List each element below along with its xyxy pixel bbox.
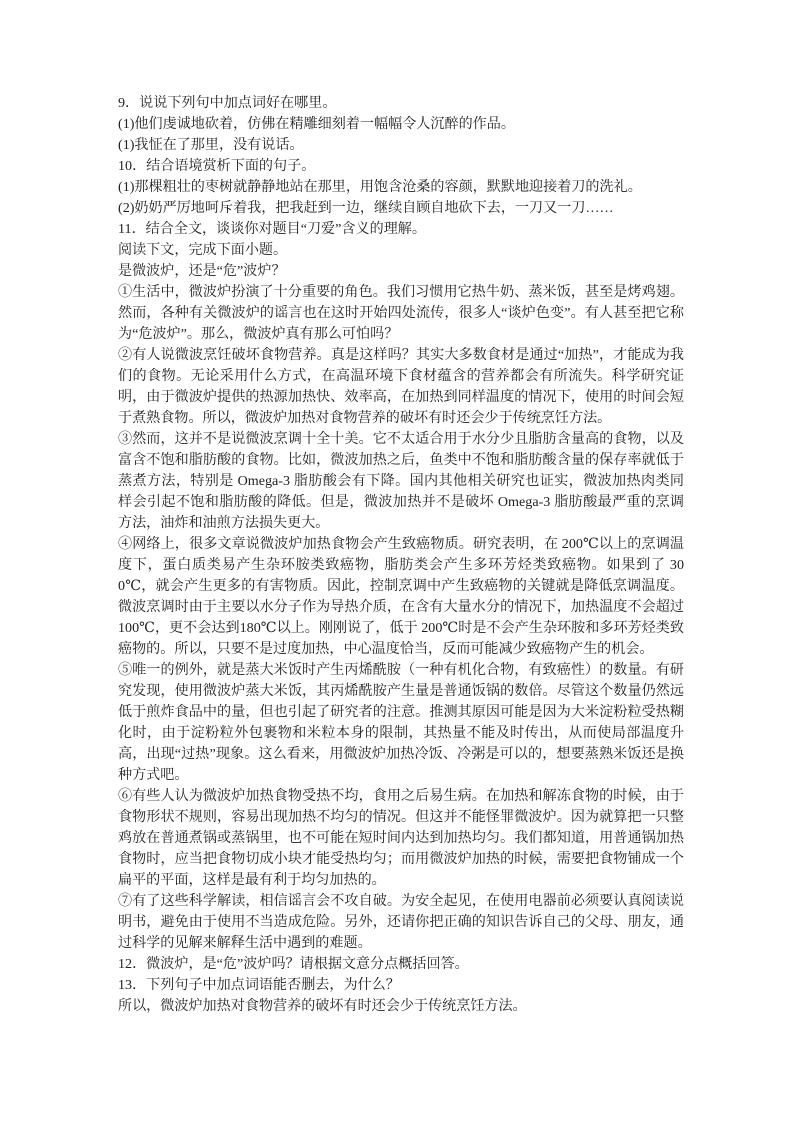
paragraph: (1)他们虔诚地砍着，仿佛在精雕细刻着一幅幅令人沉醉的作品。 [118,114,684,135]
paragraph: (1)我怔在了那里，没有说话。 [118,135,684,156]
paragraph: ④网络上，很多文章说微波炉加热食物会产生致癌物质。研究表明，在 200℃以上的烹… [118,534,684,660]
paragraph: 12．微波炉，是“危”波炉吗？请根据文意分点概括回答。 [118,954,684,975]
paragraph: (2)奶奶严厉地呵斥着我，把我赶到一边，继续自顾自地砍下去，一刀又一刀…… [118,198,684,219]
document-body: 9．说说下列句中加点词好在哪里。(1)他们虔诚地砍着，仿佛在精雕细刻着一幅幅令人… [118,93,684,1017]
paragraph: ②有人说微波烹饪破坏食物营养。真是这样吗？其实大多数食材是通过“加热”，才能成为… [118,345,684,429]
paragraph: ⑤唯一的例外，就是蒸大米饭时产生丙烯酰胺（一种有机化合物，有致癌性）的数量。有研… [118,660,684,786]
paragraph: 所以，微波炉加热对食物营养的破坏有时还会少于传统烹饪方法。 [118,996,684,1017]
paragraph: ③然而，这并不是说微波烹调十全十美。它不太适合用于水分少且脂肪含量高的食物，以及… [118,429,684,534]
document-page: 9．说说下列句中加点词好在哪里。(1)他们虔诚地砍着，仿佛在精雕细刻着一幅幅令人… [0,0,793,1122]
paragraph: 13．下列句子中加点词语能否删去，为什么？ [118,975,684,996]
paragraph: 10．结合语境赏析下面的句子。 [118,156,684,177]
paragraph: ⑥有些人认为微波炉加热食物受热不均，食用之后易生病。在加热和解冻食物的时候，由于… [118,786,684,891]
paragraph: 9．说说下列句中加点词好在哪里。 [118,93,684,114]
paragraph: 阅读下文，完成下面小题。 [118,240,684,261]
paragraph: 是微波炉，还是“危”波炉？ [118,261,684,282]
paragraph: ⑦有了这些科学解读，相信谣言会不攻自破。为安全起见，在使用电器前必须要认真阅读说… [118,891,684,954]
paragraph: 11．结合全文，谈谈你对题目“刀爱”含义的理解。 [118,219,684,240]
paragraph: ①生活中，微波炉扮演了十分重要的角色。我们习惯用它热牛奶、蒸米饭，甚至是烤鸡翅。… [118,282,684,345]
paragraph: (1)那棵粗壮的枣树就静静地站在那里，用饱含沧桑的容颜，默默地迎接着刀的洗礼。 [118,177,684,198]
